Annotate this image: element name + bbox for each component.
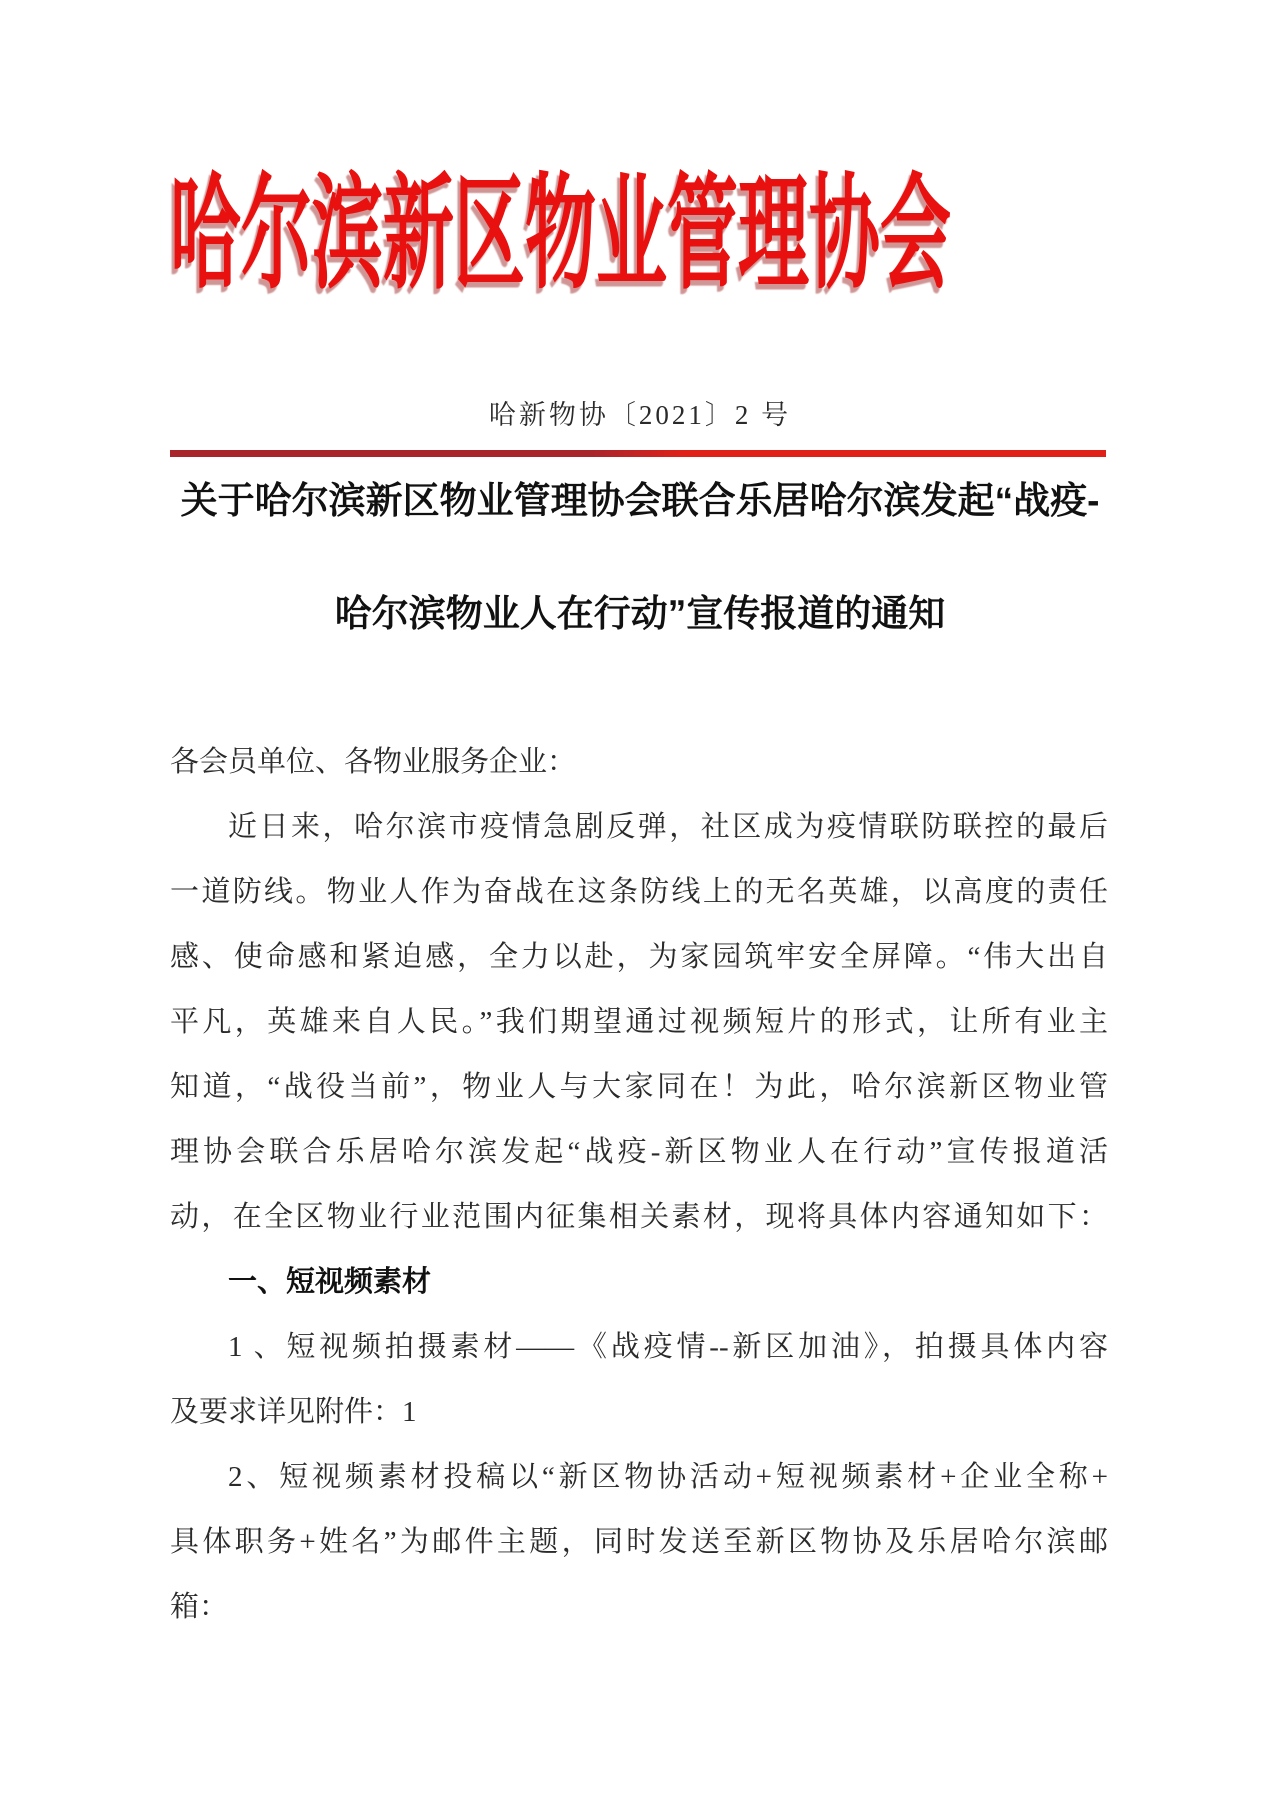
notice-title-line-1: 关于哈尔滨新区物业管理协会联合乐居哈尔滨发起“战疫-: [140, 470, 1140, 524]
body-line: 及要求详见附件：1: [170, 1390, 1108, 1455]
letterhead-title: 哈尔滨新区物业管理协会: [170, 175, 960, 299]
body-line: 知道，“战役当前”，物业人与大家同在！为此，哈尔滨新区物业管: [170, 1065, 1108, 1130]
body-line: 动，在全区物业行业范围内征集相关素材，现将具体内容通知如下：: [170, 1195, 1108, 1260]
body-line: 一道防线。物业人作为奋战在这条防线上的无名英雄，以高度的责任: [170, 870, 1108, 935]
red-separator-line: [170, 450, 1106, 457]
document-body: 各会员单位、各物业服务企业：近日来，哈尔滨市疫情急剧反弹，社区成为疫情联防联控的…: [170, 740, 1108, 1650]
body-line: 平凡，英雄来自人民。”我们期望通过视频短片的形式，让所有业主: [170, 1000, 1108, 1065]
body-line: 各会员单位、各物业服务企业：: [170, 740, 1108, 805]
body-line: 1 、短视频拍摄素材——《战疫情--新区加油》，拍摄具体内容: [170, 1325, 1108, 1390]
body-line: 感、使命感和紧迫感，全力以赴，为家园筑牢安全屏障。“伟大出自: [170, 935, 1108, 1000]
notice-title-line-2: 哈尔滨物业人在行动”宣传报道的通知: [140, 583, 1140, 637]
body-line: 理协会联合乐居哈尔滨发起“战疫-新区物业人在行动”宣传报道活: [170, 1130, 1108, 1195]
body-line: 箱：: [170, 1585, 1108, 1650]
body-line: 2、短视频素材投稿以“新区物协活动+短视频素材+企业全称+: [170, 1455, 1108, 1520]
body-line: 近日来，哈尔滨市疫情急剧反弹，社区成为疫情联防联控的最后: [170, 805, 1108, 870]
doc-number: 哈新物协〔2021〕2 号: [170, 393, 1110, 432]
document-page: 哈尔滨新区物业管理协会 哈新物协〔2021〕2 号 关于哈尔滨新区物业管理协会联…: [0, 0, 1280, 1810]
body-line: 一、短视频素材: [170, 1260, 1108, 1325]
body-line: 具体职务+姓名”为邮件主题，同时发送至新区物协及乐居哈尔滨邮: [170, 1520, 1108, 1585]
